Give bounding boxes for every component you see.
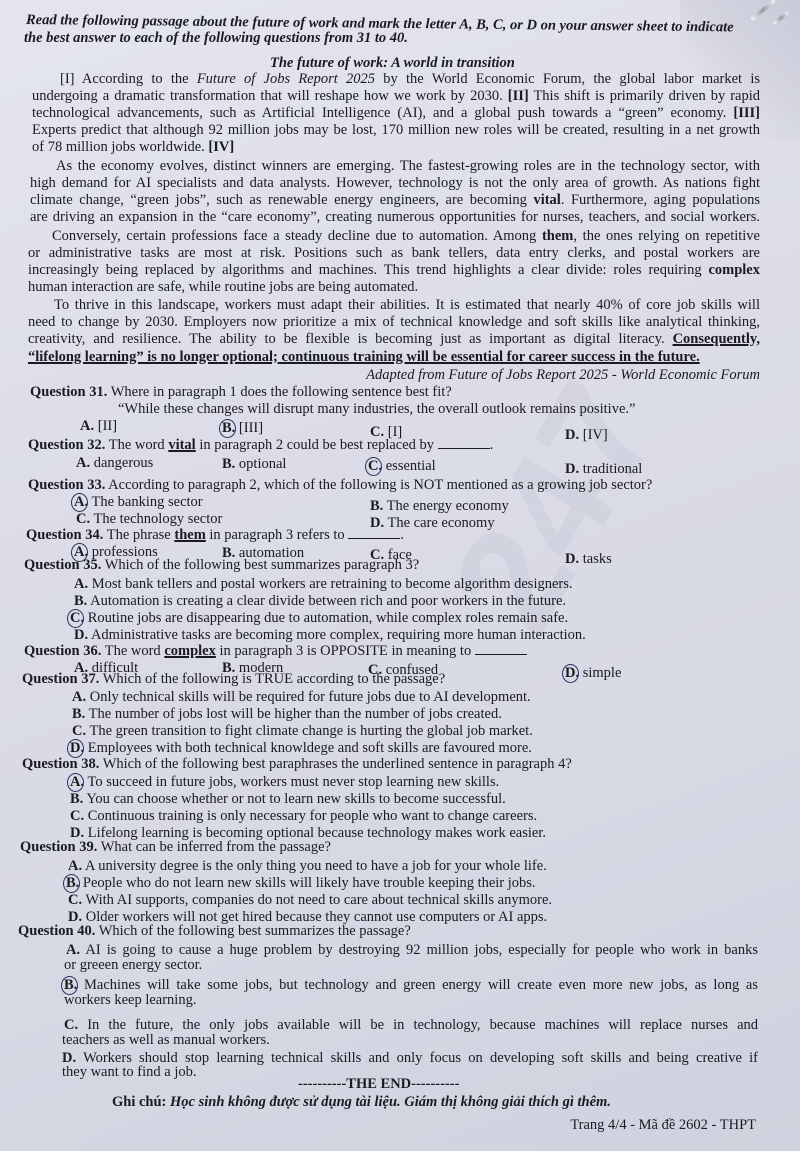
question-36-stem: Question 36. The word complex in paragra… — [24, 643, 527, 659]
q38-option-c[interactable]: C. Continuous training is only necessary… — [70, 808, 537, 825]
question-39-stem: Question 39. What can be inferred from t… — [20, 839, 331, 855]
underlined-sentence-start: Consequently, — [673, 331, 760, 347]
passage-p4-line-3: creativity, and resilience. The ability … — [28, 331, 760, 347]
page-info: Trang 4/4 - Mã đề 2602 - THPT — [570, 1117, 756, 1133]
q31-option-d[interactable]: D. [IV] — [565, 427, 608, 444]
passage-p1-line-1: [I] According to the Future of Jobs Repo… — [60, 71, 760, 87]
passage-p1-line-2: undergoing a dramatic transformation tha… — [32, 88, 760, 104]
staple-icon — [750, 0, 776, 21]
q37-option-a[interactable]: A. Only technical skills will be require… — [72, 689, 531, 706]
passage-source: Adapted from Future of Jobs Report 2025 … — [366, 367, 760, 383]
answer-circle — [365, 457, 382, 476]
question-34-stem: Question 34. The phrase them in paragrap… — [26, 527, 404, 543]
question-37-stem: Question 37. Which of the following is T… — [22, 671, 445, 687]
q37-option-b[interactable]: B. The number of jobs lost will be highe… — [72, 706, 502, 723]
q31-option-b[interactable]: B. [III] — [222, 420, 263, 437]
q35-option-c[interactable]: C. Routine jobs are disappearing due to … — [70, 610, 568, 627]
q40-option-d-cont: they want to find a job. — [62, 1064, 197, 1081]
question-33-stem: Question 33. According to paragraph 2, w… — [28, 477, 652, 493]
q33-option-b[interactable]: B. The energy economy — [370, 498, 509, 515]
q33-option-c[interactable]: C. The technology sector — [76, 511, 222, 528]
underlined-sentence: “lifelong learning” is no longer optiona… — [28, 349, 700, 365]
passage-p3-line-2: or administrative tasks are most at risk… — [28, 245, 760, 261]
question-32-stem: Question 32. The word vital in paragraph… — [28, 437, 493, 453]
passage-p1-line-4: Experts predict that although 92 million… — [32, 122, 760, 138]
q40-option-c-cont: teachers as well as manual workers. — [62, 1032, 270, 1049]
q40-option-a-cont: or greeen energy sector. — [64, 957, 202, 974]
answer-circle — [67, 609, 84, 628]
q32-option-c[interactable]: C. essential — [368, 458, 436, 475]
q32-option-a[interactable]: A. dangerous — [76, 455, 153, 472]
answer-circle — [67, 773, 84, 792]
staple-icon — [773, 11, 789, 26]
passage-p2-line-1: As the economy evolves, distinct winners… — [56, 158, 760, 174]
passage-p4-line-1: To thrive in this landscape, workers mus… — [54, 297, 760, 313]
q39-option-c[interactable]: C. With AI supports, companies do not ne… — [68, 892, 552, 909]
answer-circle — [219, 419, 236, 438]
question-40-stem: Question 40. Which of the following best… — [18, 923, 411, 939]
q39-option-a[interactable]: A. A university degree is the only thing… — [68, 858, 547, 875]
passage-title: The future of work: A world in transitio… — [270, 55, 515, 71]
passage-p1-line-3: technological advancements, such as Arti… — [32, 105, 760, 121]
instructions-line-2: the best answer to each of the following… — [24, 30, 408, 46]
the-end-marker: ----------THE END---------- — [298, 1076, 459, 1092]
question-31-quote: “While these changes will disrupt many i… — [118, 401, 635, 417]
footer-note: Ghi chú: Học sinh không được sử dụng tài… — [112, 1094, 611, 1110]
q32-option-b[interactable]: B. optional — [222, 456, 286, 473]
q38-option-b[interactable]: B. You can choose whether or not to lear… — [70, 791, 506, 808]
answer-circle — [63, 874, 80, 893]
answer-circle — [71, 493, 88, 512]
q37-option-d[interactable]: D. Employees with both technical knowlde… — [70, 740, 532, 757]
q35-option-b[interactable]: B. Automation is creating a clear divide… — [74, 593, 566, 610]
passage-p3-line-1: Conversely, certain professions face a s… — [52, 228, 760, 244]
q35-option-a[interactable]: A. Most bank tellers and postal workers … — [74, 576, 573, 593]
passage-p2-line-4: are driving an expansion in the “care ec… — [30, 209, 760, 225]
q40-option-b-cont: workers keep learning. — [64, 992, 196, 1009]
passage-p1-line-5: of 78 million jobs worldwide. [IV] — [32, 139, 234, 155]
passage-p3-line-3: increasingly being replaced by algorithm… — [28, 262, 760, 278]
question-35-stem: Question 35. Which of the following best… — [24, 557, 419, 573]
q39-option-b[interactable]: B. People who do not learn new skills wi… — [66, 875, 536, 892]
q36-option-d[interactable]: D. simple — [565, 665, 621, 682]
passage-p4-line-2: need to change by 2030. Employers now pr… — [28, 314, 760, 330]
question-38-stem: Question 38. Which of the following best… — [22, 756, 572, 772]
q32-option-d[interactable]: D. traditional — [565, 461, 642, 478]
q35-option-d[interactable]: D. Administrative tasks are becoming mor… — [74, 627, 586, 644]
passage-p2-line-2: high demand for AI specialists and data … — [30, 175, 760, 191]
q38-option-a[interactable]: A. To succeed in future jobs, workers mu… — [70, 774, 499, 791]
passage-p3-line-4: human interaction are safe, while routin… — [28, 279, 418, 295]
q37-option-c[interactable]: C. The green transition to fight climate… — [72, 723, 533, 740]
q31-option-a[interactable]: A. [II] — [80, 418, 117, 435]
passage-p2-line-3: climate change, “green jobs”, such as re… — [30, 192, 760, 208]
q34-option-d[interactable]: D. tasks — [565, 551, 612, 568]
q33-option-a[interactable]: A. The banking sector — [74, 494, 203, 511]
answer-circle — [562, 664, 579, 683]
question-31-stem: Question 31. Where in paragraph 1 does t… — [30, 384, 452, 400]
